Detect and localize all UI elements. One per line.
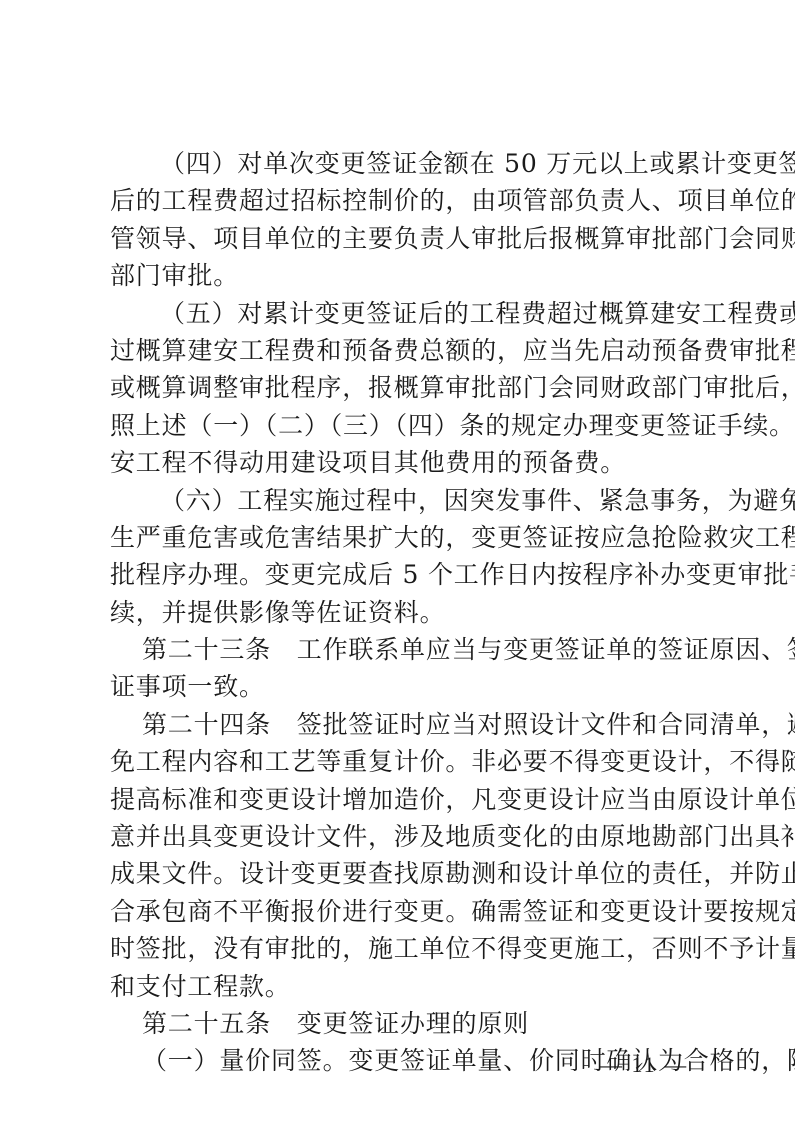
text-line: 时签批，没有审批的，施工单位不得变更施工，否则不予计量计价 [110, 930, 692, 967]
text-line: 安工程不得动用建设项目其他费用的预备费。 [110, 444, 692, 481]
text-line: 成果文件。设计变更要查找原勘测和设计单位的责任，并防止迎 [110, 855, 692, 892]
text-line: 过概算建安工程费和预备费总额的，应当先启动预备费审批程序 [110, 332, 692, 369]
text-line: 续，并提供影像等佐证资料。 [110, 594, 692, 631]
article-25-heading: 第二十五条 变更签证办理的原则 [110, 1005, 692, 1042]
text-line: 生严重危害或危害结果扩大的，变更签证按应急抢险救灾工程审 [110, 519, 692, 556]
text-line: 照上述（一）（二）（三）（四）条的规定办理变更签证手续。建 [110, 407, 692, 444]
article-23-heading: 第二十三条 工作联系单应当与变更签证单的签证原因、签 [110, 631, 692, 668]
text-line: 部门审批。 [110, 257, 692, 294]
text-line: （四）对单次变更签证金额在 50 万元以上或累计变更签证 [110, 145, 692, 182]
text-line: 意并出具变更设计文件，涉及地质变化的由原地勘部门出具补勘 [110, 818, 692, 855]
text-line: 或概算调整审批程序，报概算审批部门会同财政部门审批后，按 [110, 369, 692, 406]
text-line: 后的工程费超过招标控制价的，由项管部负责人、项目单位的分 [110, 182, 692, 219]
document-body: （四）对单次变更签证金额在 50 万元以上或累计变更签证 后的工程费超过招标控制… [110, 145, 692, 1080]
text-line: 和支付工程款。 [110, 968, 692, 1005]
article-24-heading: 第二十四条 签批签证时应当对照设计文件和合同清单，避 [110, 706, 692, 743]
text-line: 管领导、项目单位的主要负责人审批后报概算审批部门会同财政 [110, 220, 692, 257]
text-line: 批程序办理。变更完成后 5 个工作日内按程序补办变更审批手 [110, 556, 692, 593]
text-line: 提高标准和变更设计增加造价，凡变更设计应当由原设计单位同 [110, 781, 692, 818]
text-line: 证事项一致。 [110, 668, 692, 705]
text-line: （六）工程实施过程中，因突发事件、紧急事务，为避免发 [110, 482, 692, 519]
text-line: （五）对累计变更签证后的工程费超过概算建安工程费或超 [110, 295, 692, 332]
text-line: 免工程内容和工艺等重复计价。非必要不得变更设计，不得随意 [110, 743, 692, 780]
page-number: — 11 — [600, 1052, 688, 1078]
text-line: 合承包商不平衡报价进行变更。确需签证和变更设计要按规定及 [110, 893, 692, 930]
